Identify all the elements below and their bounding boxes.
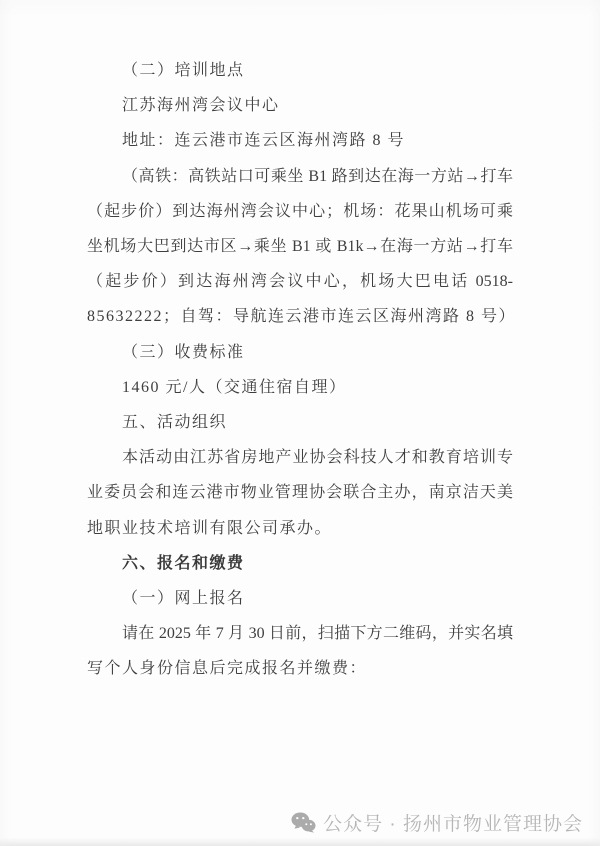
document-line: （起步价）到达海州湾会议中心，机场大巴电话 0518- bbox=[87, 264, 513, 299]
document-line: （二）培训地点 bbox=[87, 53, 513, 88]
document-line: 本活动由江苏省房地产业协会科技人才和教育培训专 bbox=[87, 440, 513, 475]
document-body: （二）培训地点江苏海州湾会议中心地址：连云港市连云区海州湾路 8 号（高铁：高铁… bbox=[87, 53, 513, 687]
document-line: 五、活动组织 bbox=[87, 405, 513, 440]
document-line: 地职业技术培训有限公司承办。 bbox=[87, 511, 513, 546]
document-line: 六、报名和缴费 bbox=[87, 546, 513, 581]
document-line: 江苏海州湾会议中心 bbox=[87, 88, 513, 123]
document-line: 业委员会和连云港市物业管理协会联合主办，南京洁天美 bbox=[87, 475, 513, 510]
wechat-icon bbox=[291, 812, 316, 833]
document-line: 85632222；自驾：导航连云港市连云区海州湾路 8 号） bbox=[87, 299, 513, 334]
document-line: 地址：连云港市连云区海州湾路 8 号 bbox=[87, 123, 513, 158]
document-line: 请在 2025 年 7 月 30 日前，扫描下方二维码，并实名填 bbox=[87, 616, 513, 651]
document-line: （三）收费标准 bbox=[87, 335, 513, 370]
document-line: 坐机场大巴到达市区→乘坐 B1 或 B1k→在海一方站→打车 bbox=[87, 229, 513, 264]
document-line: （高铁：高铁站口可乘坐 B1 路到达在海一方站→打车 bbox=[87, 159, 513, 194]
document-line: （起步价）到达海州湾会议中心；机场：花果山机场可乘 bbox=[87, 194, 513, 229]
watermark-text: 公众号 · 扬州市物业管理协会 bbox=[323, 809, 583, 836]
watermark: 公众号 · 扬州市物业管理协会 bbox=[291, 808, 583, 836]
document-line: 1460 元/人（交通住宿自理） bbox=[87, 370, 513, 405]
document-line: （一）网上报名 bbox=[87, 581, 513, 616]
document-line: 写个人身份信息后完成报名并缴费： bbox=[87, 651, 513, 686]
